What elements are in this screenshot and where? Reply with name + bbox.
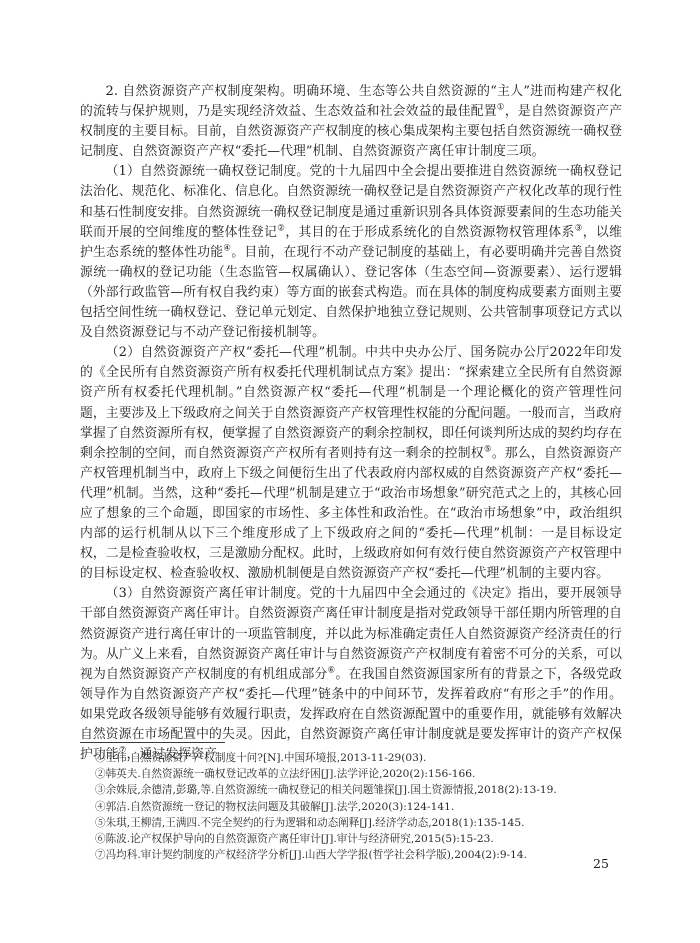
footnote-1: ①王伟.自然资源资产产权制度十问?[N].中国环境报,2013-11-29(03… [80, 750, 622, 766]
footnote-3: ③余姝辰,余德清,彭璐,等.自然资源统一确权登记的相关问题雏探[J].国土资源情… [80, 782, 622, 798]
footnote-separator [80, 742, 225, 743]
footnote-7: ⑦冯均科.审计契约制度的产权经济学分析[J].山西大学学报(哲学社会科学版),2… [80, 847, 622, 863]
document-page: 2. 自然资源资产产权制度架构。明确环境、生态等公共自然资源的“主人”进而构建产… [0, 0, 700, 943]
body-text: 2. 自然资源资产产权制度架构。明确环境、生态等公共自然资源的“主人”进而构建产… [80, 82, 622, 765]
body-paragraph-principal-agent: （2）自然资源资产产权“委托—代理”机制。中共中央办公厅、国务院办公厅2022年… [80, 343, 622, 584]
footnote-6: ⑥陈波.论产权保护导向的自然资源资产离任审计[J].审计与经济研究,2015(5… [80, 831, 622, 847]
body-paragraph-audit-system: （3）自然资源资产离任审计制度。党的十九届四中全会通过的《决定》指出，要开展领导… [80, 584, 622, 765]
page-number: 25 [593, 856, 609, 871]
body-paragraph-intro: 2. 自然资源资产产权制度架构。明确环境、生态等公共自然资源的“主人”进而构建产… [80, 82, 622, 162]
footnote-area: ①王伟.自然资源资产产权制度十问?[N].中国环境报,2013-11-29(03… [80, 742, 622, 863]
footnote-5: ⑤朱琪,王柳清,王满四.不完全契约的行为逻辑和动态阐释[J].经济学动态,201… [80, 815, 622, 831]
body-paragraph-registration-system: （1）自然资源统一确权登记制度。党的十九届四中全会提出要推进自然资源统一确权登记… [80, 162, 622, 343]
footnote-2: ②韩英夫.自然资源统一确权登记改革的立法纾困[J].法学评论,2020(2):1… [80, 766, 622, 782]
footnote-4: ④郭洁.自然资源统一登记的物权法问题及其破解[J].法学,2020(3):124… [80, 799, 622, 815]
